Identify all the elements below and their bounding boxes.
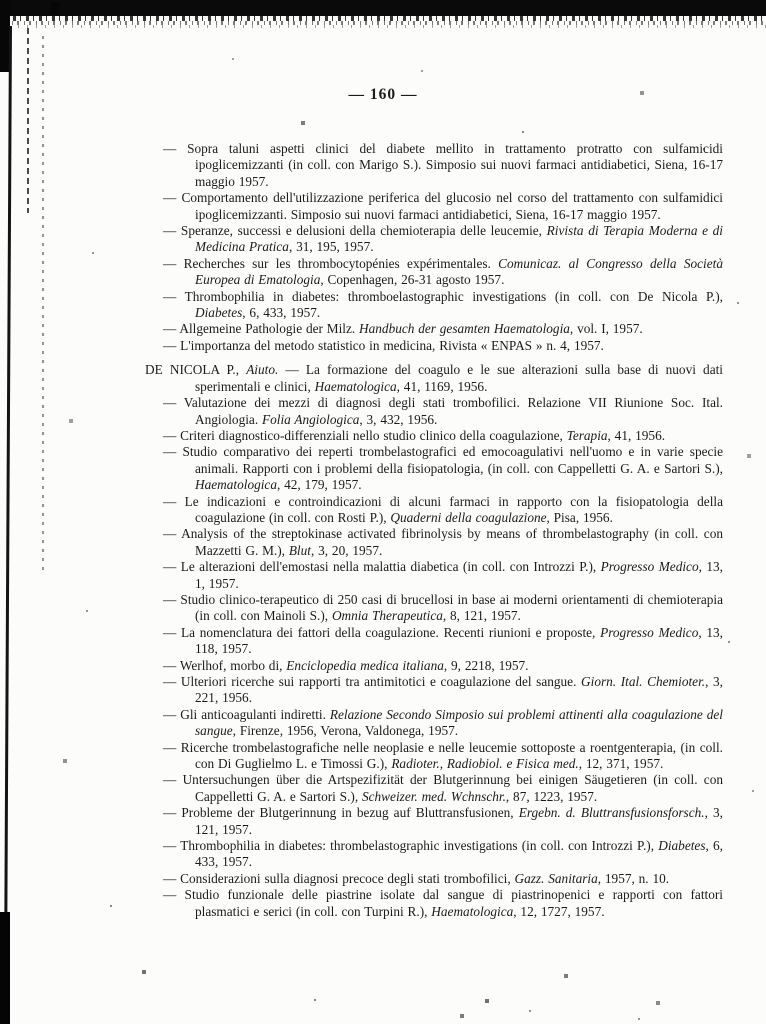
entry-journal-title: Quaderni della coagulazione — [390, 510, 546, 525]
entry-journal-title: Aiuto. — [246, 362, 278, 377]
scan-left-edge-line-artifact — [27, 28, 29, 213]
entry-text: — Thrombophilia in diabetes: thromboelas… — [163, 289, 723, 304]
entry-text: , 3, 20, 1957. — [311, 543, 382, 558]
bibliography-entry: — Studio funzionale delle piastrine isol… — [145, 887, 723, 920]
bibliography-entry: — Recherches sur les thrombocytopénies e… — [145, 256, 723, 289]
bibliography-entry: — Untersuchungen über die Artspezifizitä… — [145, 772, 723, 805]
entry-text: , 1957, n. 10. — [598, 871, 669, 886]
entry-text: , 12, 1727, 1957. — [513, 904, 604, 919]
entry-text: , 42, 179, 1957. — [277, 477, 362, 492]
scan-binding-mark-artifact — [49, 1, 60, 15]
bibliography-author-entry: DE NICOLA P., Aiuto. — La formazione del… — [145, 362, 723, 395]
entry-text: — Le alterazioni dell'emostasi nella mal… — [163, 559, 601, 574]
bibliography-entry: — Sopra taluni aspetti clinici del diabe… — [145, 141, 723, 190]
bibliography-entry: — Comportamento dell'utilizzazione perif… — [145, 190, 723, 223]
bibliography-entry: — Studio clinico-terapeutico di 250 casi… — [145, 592, 723, 625]
entry-text: , 31, 195, 1957. — [289, 239, 374, 254]
scan-top-edge-artifact — [0, 0, 766, 16]
scan-bottom-left-bar-artifact — [0, 912, 10, 1024]
page-number: — 160 — — [0, 86, 766, 104]
entry-text: — Allgemeine Pathologie der Milz. — [163, 321, 359, 336]
scan-left-edge-line-artifact — [42, 36, 44, 576]
entry-journal-title: Gazz. Sanitaria — [515, 871, 598, 886]
entry-journal-title: Terapia — [567, 428, 608, 443]
bibliography-entry: — Ulteriori ricerche sui rapporti tra an… — [145, 674, 723, 707]
entry-journal-title: Progresso Medico — [601, 559, 699, 574]
entry-text: — Gli anticoagulanti indiretti. — [163, 707, 330, 722]
entry-journal-title: Handbuch der gesamten Haematologia — [359, 321, 570, 336]
entry-journal-title: Radioter., Radiobiol. e Fisica med. — [391, 756, 578, 771]
entry-journal-title: Haematologica — [195, 477, 277, 492]
entry-text: — Valutazione dei mezzi di diagnosi degl… — [163, 395, 723, 426]
entry-text: — Sopra taluni aspetti clinici del diabe… — [163, 141, 723, 189]
entry-journal-title: Enciclopedia medica italiana — [286, 658, 444, 673]
entry-text: , 41, 1169, 1956. — [397, 379, 488, 394]
entry-text: — Recherches sur les thrombocytopénies e… — [163, 256, 498, 271]
entry-journal-title: Progresso Medico — [600, 625, 698, 640]
entry-text: — Criteri diagnostico-differenziali nell… — [163, 428, 567, 443]
entry-text: , Pisa, 1956. — [547, 510, 613, 525]
entry-journal-title: Diabetes — [658, 838, 705, 853]
bibliography-entry: — Speranze, successi e delusioni della c… — [145, 223, 723, 256]
bibliography: — Sopra taluni aspetti clinici del diabe… — [145, 141, 723, 920]
entry-journal-title: Haematologica — [315, 379, 397, 394]
entry-text: , 3, 432, 1956. — [359, 412, 437, 427]
bibliography-entry: — Thrombophilia in diabetes: thrombelast… — [145, 838, 723, 871]
bibliography-entry: — Considerazioni sulla diagnosi precoce … — [145, 871, 723, 887]
entry-text: , 87, 1223, 1957. — [506, 789, 597, 804]
entry-text: — Considerazioni sulla diagnosi precoce … — [163, 871, 515, 886]
entry-text: , Copenhagen, 26-31 agosto 1957. — [320, 272, 504, 287]
entry-journal-title: Ergebn. d. Bluttransfusionsforsch. — [519, 805, 705, 820]
bibliography-entry: — Le indicazioni e controindicazioni di … — [145, 494, 723, 527]
bibliography-entry: — Thrombophilia in diabetes: thromboelas… — [145, 289, 723, 322]
bibliography-entry: — La nomenclatura dei fattori della coag… — [145, 625, 723, 658]
bibliography-entry: — Criteri diagnostico-differenziali nell… — [145, 428, 723, 444]
bibliography-entry: — Probleme der Blutgerinnung in bezug au… — [145, 805, 723, 838]
entry-text: — L'importanza del metodo statistico in … — [163, 338, 604, 353]
scan-top-noise-artifact — [0, 25, 766, 28]
scanned-page: — 160 — — Sopra taluni aspetti clinici d… — [0, 0, 766, 1024]
bibliography-entry: — Valutazione dei mezzi di diagnosi degl… — [145, 395, 723, 428]
entry-journal-title: Blut — [289, 543, 311, 558]
entry-text: — Speranze, successi e delusioni della c… — [163, 223, 547, 238]
bibliography-entry: — Allgemeine Pathologie der Milz. Handbu… — [145, 321, 723, 337]
entry-text: , 6, 433, 1957. — [242, 305, 320, 320]
entry-text: , 12, 371, 1957. — [579, 756, 664, 771]
entry-text: , vol. I, 1957. — [570, 321, 643, 336]
scan-speckles-artifact — [0, 0, 2, 2]
entry-text: — Thrombophilia in diabetes: thrombelast… — [163, 838, 658, 853]
bibliography-entry: — L'importanza del metodo statistico in … — [145, 338, 723, 354]
bibliography-entry: — Ricerche trombelastografiche nelle neo… — [145, 740, 723, 773]
bibliography-entry: — Le alterazioni dell'emostasi nella mal… — [145, 559, 723, 592]
entry-journal-title: Diabetes — [195, 305, 242, 320]
bibliography-entry: — Studio comparativo dei reperti trombel… — [145, 444, 723, 493]
scan-left-edge-line-artifact — [4, 26, 12, 966]
bibliography-entry: — Analysis of the streptokinase activate… — [145, 526, 723, 559]
entry-text: — Studio comparativo dei reperti trombel… — [163, 444, 723, 475]
bibliography-entry: — Gli anticoagulanti indiretti. Relazion… — [145, 707, 723, 740]
entry-text: , 9, 2218, 1957. — [444, 658, 529, 673]
entry-journal-title: Omnia Therapeutica — [332, 608, 443, 623]
entry-journal-title: Haematologica — [431, 904, 513, 919]
entry-text: , Firenze, 1956, Verona, Valdonega, 1957… — [233, 723, 458, 738]
entry-text: , 8, 121, 1957. — [443, 608, 521, 623]
bibliography-entry: — Werlhof, morbo di, Enciclopedia medica… — [145, 658, 723, 674]
entry-text: DE NICOLA P., — [145, 362, 246, 377]
entry-journal-title: Folia Angiologica — [262, 412, 359, 427]
entry-text: , 41, 1956. — [608, 428, 666, 443]
entry-text: — Werlhof, morbo di, — [163, 658, 286, 673]
entry-journal-title: Giorn. Ital. Chemioter. — [581, 674, 705, 689]
entry-text: — Probleme der Blutgerinnung in bezug au… — [163, 805, 519, 820]
entry-text: — Comportamento dell'utilizzazione perif… — [163, 190, 723, 221]
entry-text: — Analysis of the streptokinase activate… — [163, 526, 723, 557]
entry-text: — Ulteriori ricerche sui rapporti tra an… — [163, 674, 581, 689]
entry-text: — La nomenclatura dei fattori della coag… — [163, 625, 600, 640]
entry-journal-title: Schweizer. med. Wchnschr. — [362, 789, 506, 804]
